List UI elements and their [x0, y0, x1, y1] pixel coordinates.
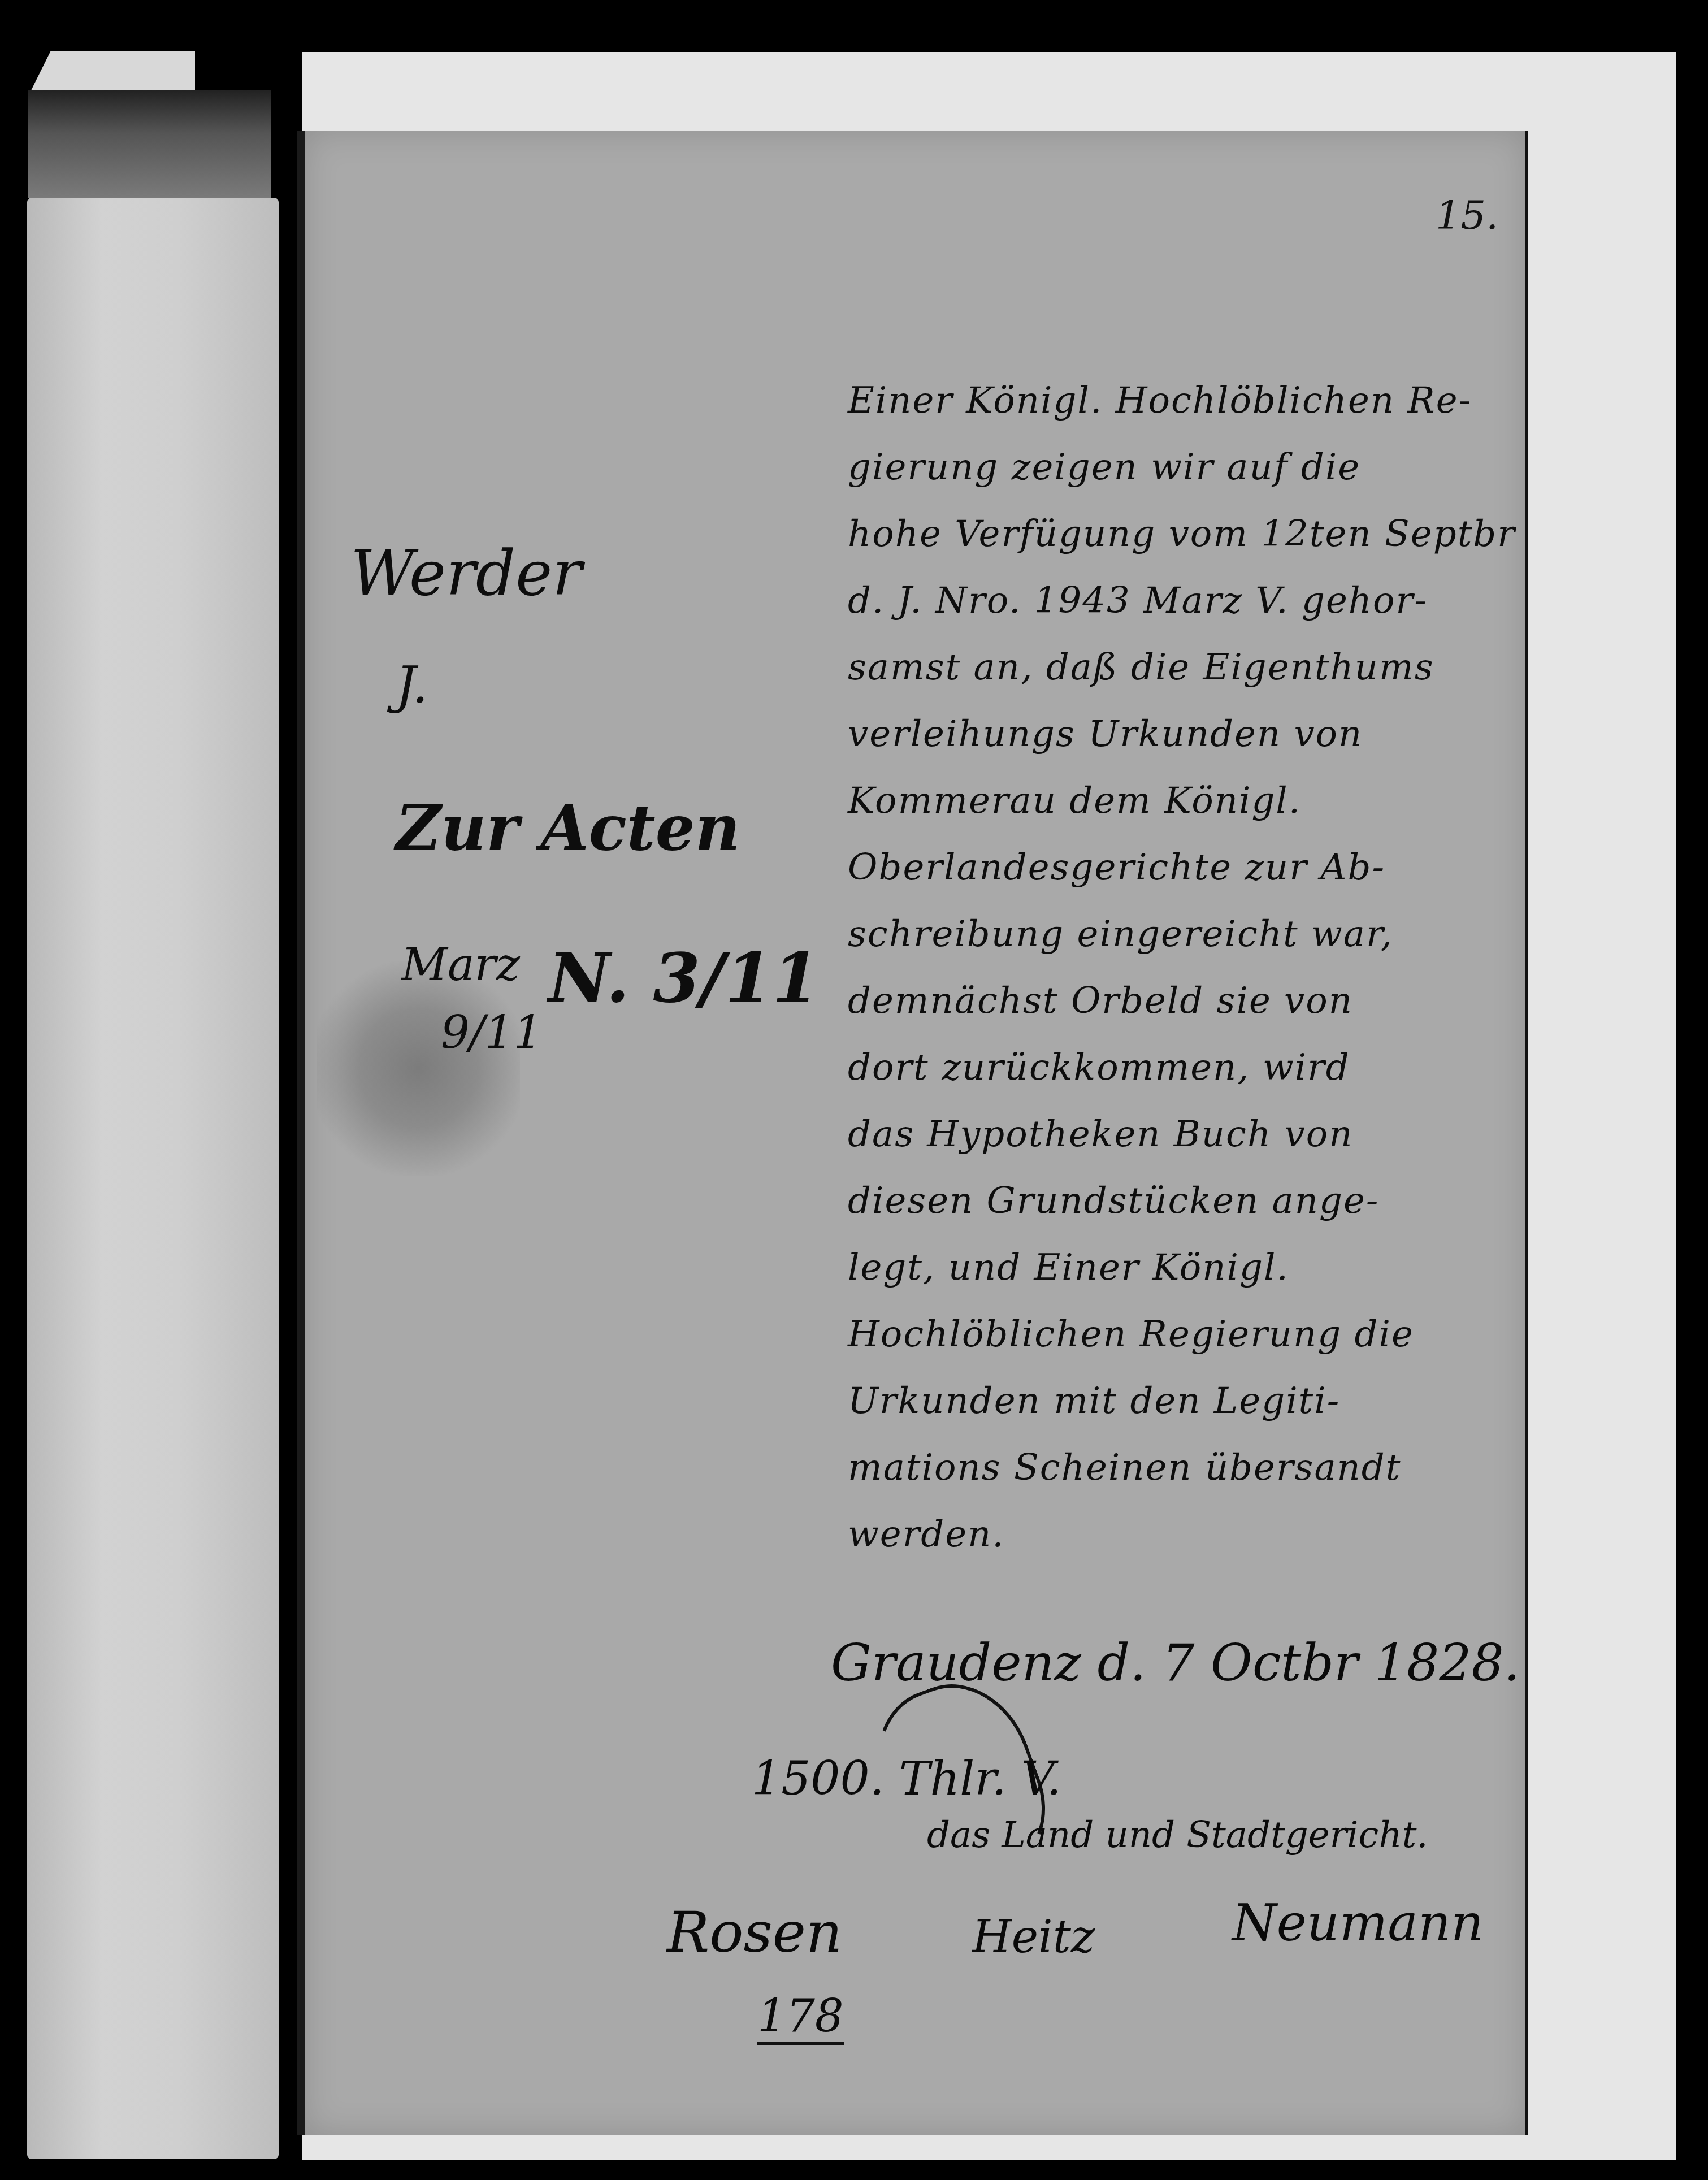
signature-neumann: Neumann — [1232, 1893, 1484, 1953]
body-line: demnächst Orbeld sie von — [848, 968, 1486, 1034]
place-and-date: Graudenz d. 7 Octbr 1828. — [831, 1633, 1520, 1693]
body-line: diesen Grundstücken ange- — [848, 1168, 1486, 1234]
rolled-page-shadow — [28, 90, 271, 198]
folio-number: 15. — [1436, 192, 1498, 239]
water-stain — [317, 961, 520, 1176]
amount-note: 1500. Thlr. V. — [752, 1752, 1061, 1806]
body-line: mations Scheinen übersandt — [848, 1434, 1486, 1501]
letter-body: Einer Königl. Hochlöblichen Re- gierung … — [848, 367, 1486, 1568]
rolled-adjacent-page — [27, 198, 279, 2159]
body-line: dort zurückkommen, wird — [848, 1034, 1486, 1101]
body-line: werden. — [848, 1501, 1486, 1568]
body-line: das Hypotheken Buch von — [848, 1101, 1486, 1168]
body-line: Kommerau dem Königl. — [848, 768, 1486, 834]
body-line: legt, und Einer Königl. — [848, 1234, 1486, 1301]
margin-note-zur-acten: Zur Acten — [396, 791, 740, 864]
margin-note-initial: J. — [396, 656, 428, 715]
rolled-page-top-edge — [31, 51, 195, 90]
body-line: verleihungs Urkunden von — [848, 701, 1486, 768]
body-line: gierung zeigen wir auf die — [848, 434, 1486, 501]
body-line: samst an, daß die Eigenthums — [848, 634, 1486, 701]
body-line: Urkunden mit den Legiti- — [848, 1368, 1486, 1434]
signature-rosen: Rosen — [667, 1899, 842, 1965]
body-line: d. J. Nro. 1943 Marz V. gehor- — [848, 567, 1486, 634]
body-line: schreibung eingereicht war, — [848, 901, 1486, 968]
margin-note-marz: Marz — [401, 938, 520, 991]
signature-heitz: Heitz — [972, 1910, 1095, 1963]
body-line: Oberlandesgerichte zur Ab- — [848, 834, 1486, 901]
margin-note-date: 9/11 — [441, 1006, 543, 1059]
margin-note-number: N. 3/11 — [548, 938, 820, 1018]
body-line: hohe Verfügung vom 12ten Septbr — [848, 501, 1486, 567]
issuing-court: das Land und Stadtgericht. — [927, 1814, 1428, 1856]
body-line: Hochlöblichen Regierung die — [848, 1301, 1486, 1368]
body-line: Einer Königl. Hochlöblichen Re- — [848, 367, 1486, 434]
margin-note-werder: Werder — [350, 537, 582, 609]
registry-number: 178 — [757, 1990, 844, 2045]
